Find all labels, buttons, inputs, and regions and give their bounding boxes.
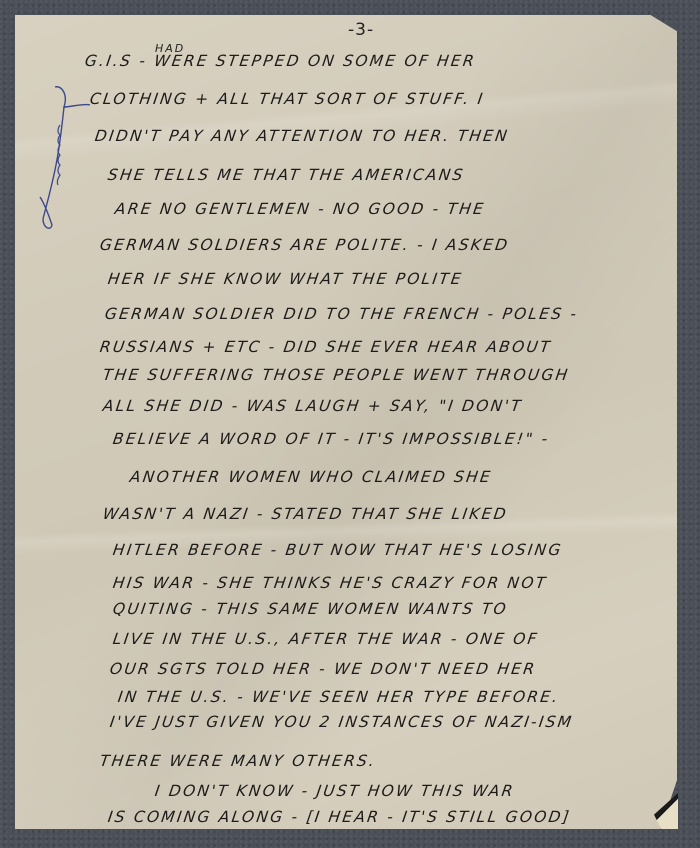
- text-line-20: IN THE U.S. - WE'VE SEEN HER TYPE BEFORE…: [117, 688, 561, 706]
- text-line-16: HIS WAR - SHE THINKS HE'S CRAZY FOR NOT: [112, 574, 549, 592]
- text-line-11: ALL SHE DID - WAS LAUGH + SAY, "I DON'T: [102, 397, 524, 415]
- page-number: -3-: [348, 20, 374, 40]
- text-line-9: RUSSIANS + ETC - DID SHE EVER HEAR ABOUT: [99, 338, 553, 356]
- text-line-4: SHE TELLS ME THAT THE AMERICANS: [107, 166, 466, 184]
- text-line-6: GERMAN SOLDIERS ARE POLITE. - I ASKED: [99, 236, 511, 254]
- text-line-22: THERE WERE MANY OTHERS.: [99, 752, 378, 770]
- text-line-2: CLOTHING + ALL THAT SORT OF STUFF. I: [89, 90, 486, 108]
- text-line-14: WASN'T A NAZI - STATED THAT SHE LIKED: [102, 505, 509, 523]
- text-line-12: BELIEVE A WORD OF IT - IT'S IMPOSSIBLE!"…: [112, 430, 551, 448]
- text-line-19: OUR SGTS TOLD HER - WE DON'T NEED HER: [109, 660, 538, 678]
- text-line-5: ARE NO GENTLEMEN - NO GOOD - THE: [114, 200, 487, 218]
- text-line-7: HER IF SHE KNOW WHAT THE POLITE: [107, 270, 464, 288]
- text-line-21: I'VE JUST GIVEN YOU 2 INSTANCES OF NAZI-…: [109, 713, 575, 731]
- text-line-18: LIVE IN THE U.S., AFTER THE WAR - ONE OF: [112, 630, 540, 648]
- text-line-23: I DON'T KNOW - JUST HOW THIS WAR: [154, 782, 516, 800]
- margin-signature-icon: [30, 85, 90, 235]
- text-line-13: ANOTHER WOMEN WHO CLAIMED SHE: [129, 468, 494, 486]
- text-line-15: HITLER BEFORE - BUT NOW THAT HE'S LOSING: [112, 541, 564, 559]
- text-line-17: QUITING - THIS SAME WOMEN WANTS TO: [112, 600, 509, 618]
- text-line-24: IS COMING ALONG - [I HEAR - IT'S STILL G…: [107, 808, 573, 826]
- text-line-10: THE SUFFERING THOSE PEOPLE WENT THROUGH: [102, 366, 571, 384]
- text-line-1-content: G.I.S - were STEPPED ON SOME OF HER: [84, 52, 477, 70]
- text-line-8: GERMAN SOLDIER DID TO THE FRENCH - POLES…: [104, 305, 580, 323]
- text-line-3: DIDN'T PAY ANY ATTENTION TO HER. THEN: [94, 127, 511, 145]
- text-line-1: G.I.S - were STEPPED ON SOME OF HER: [84, 52, 477, 70]
